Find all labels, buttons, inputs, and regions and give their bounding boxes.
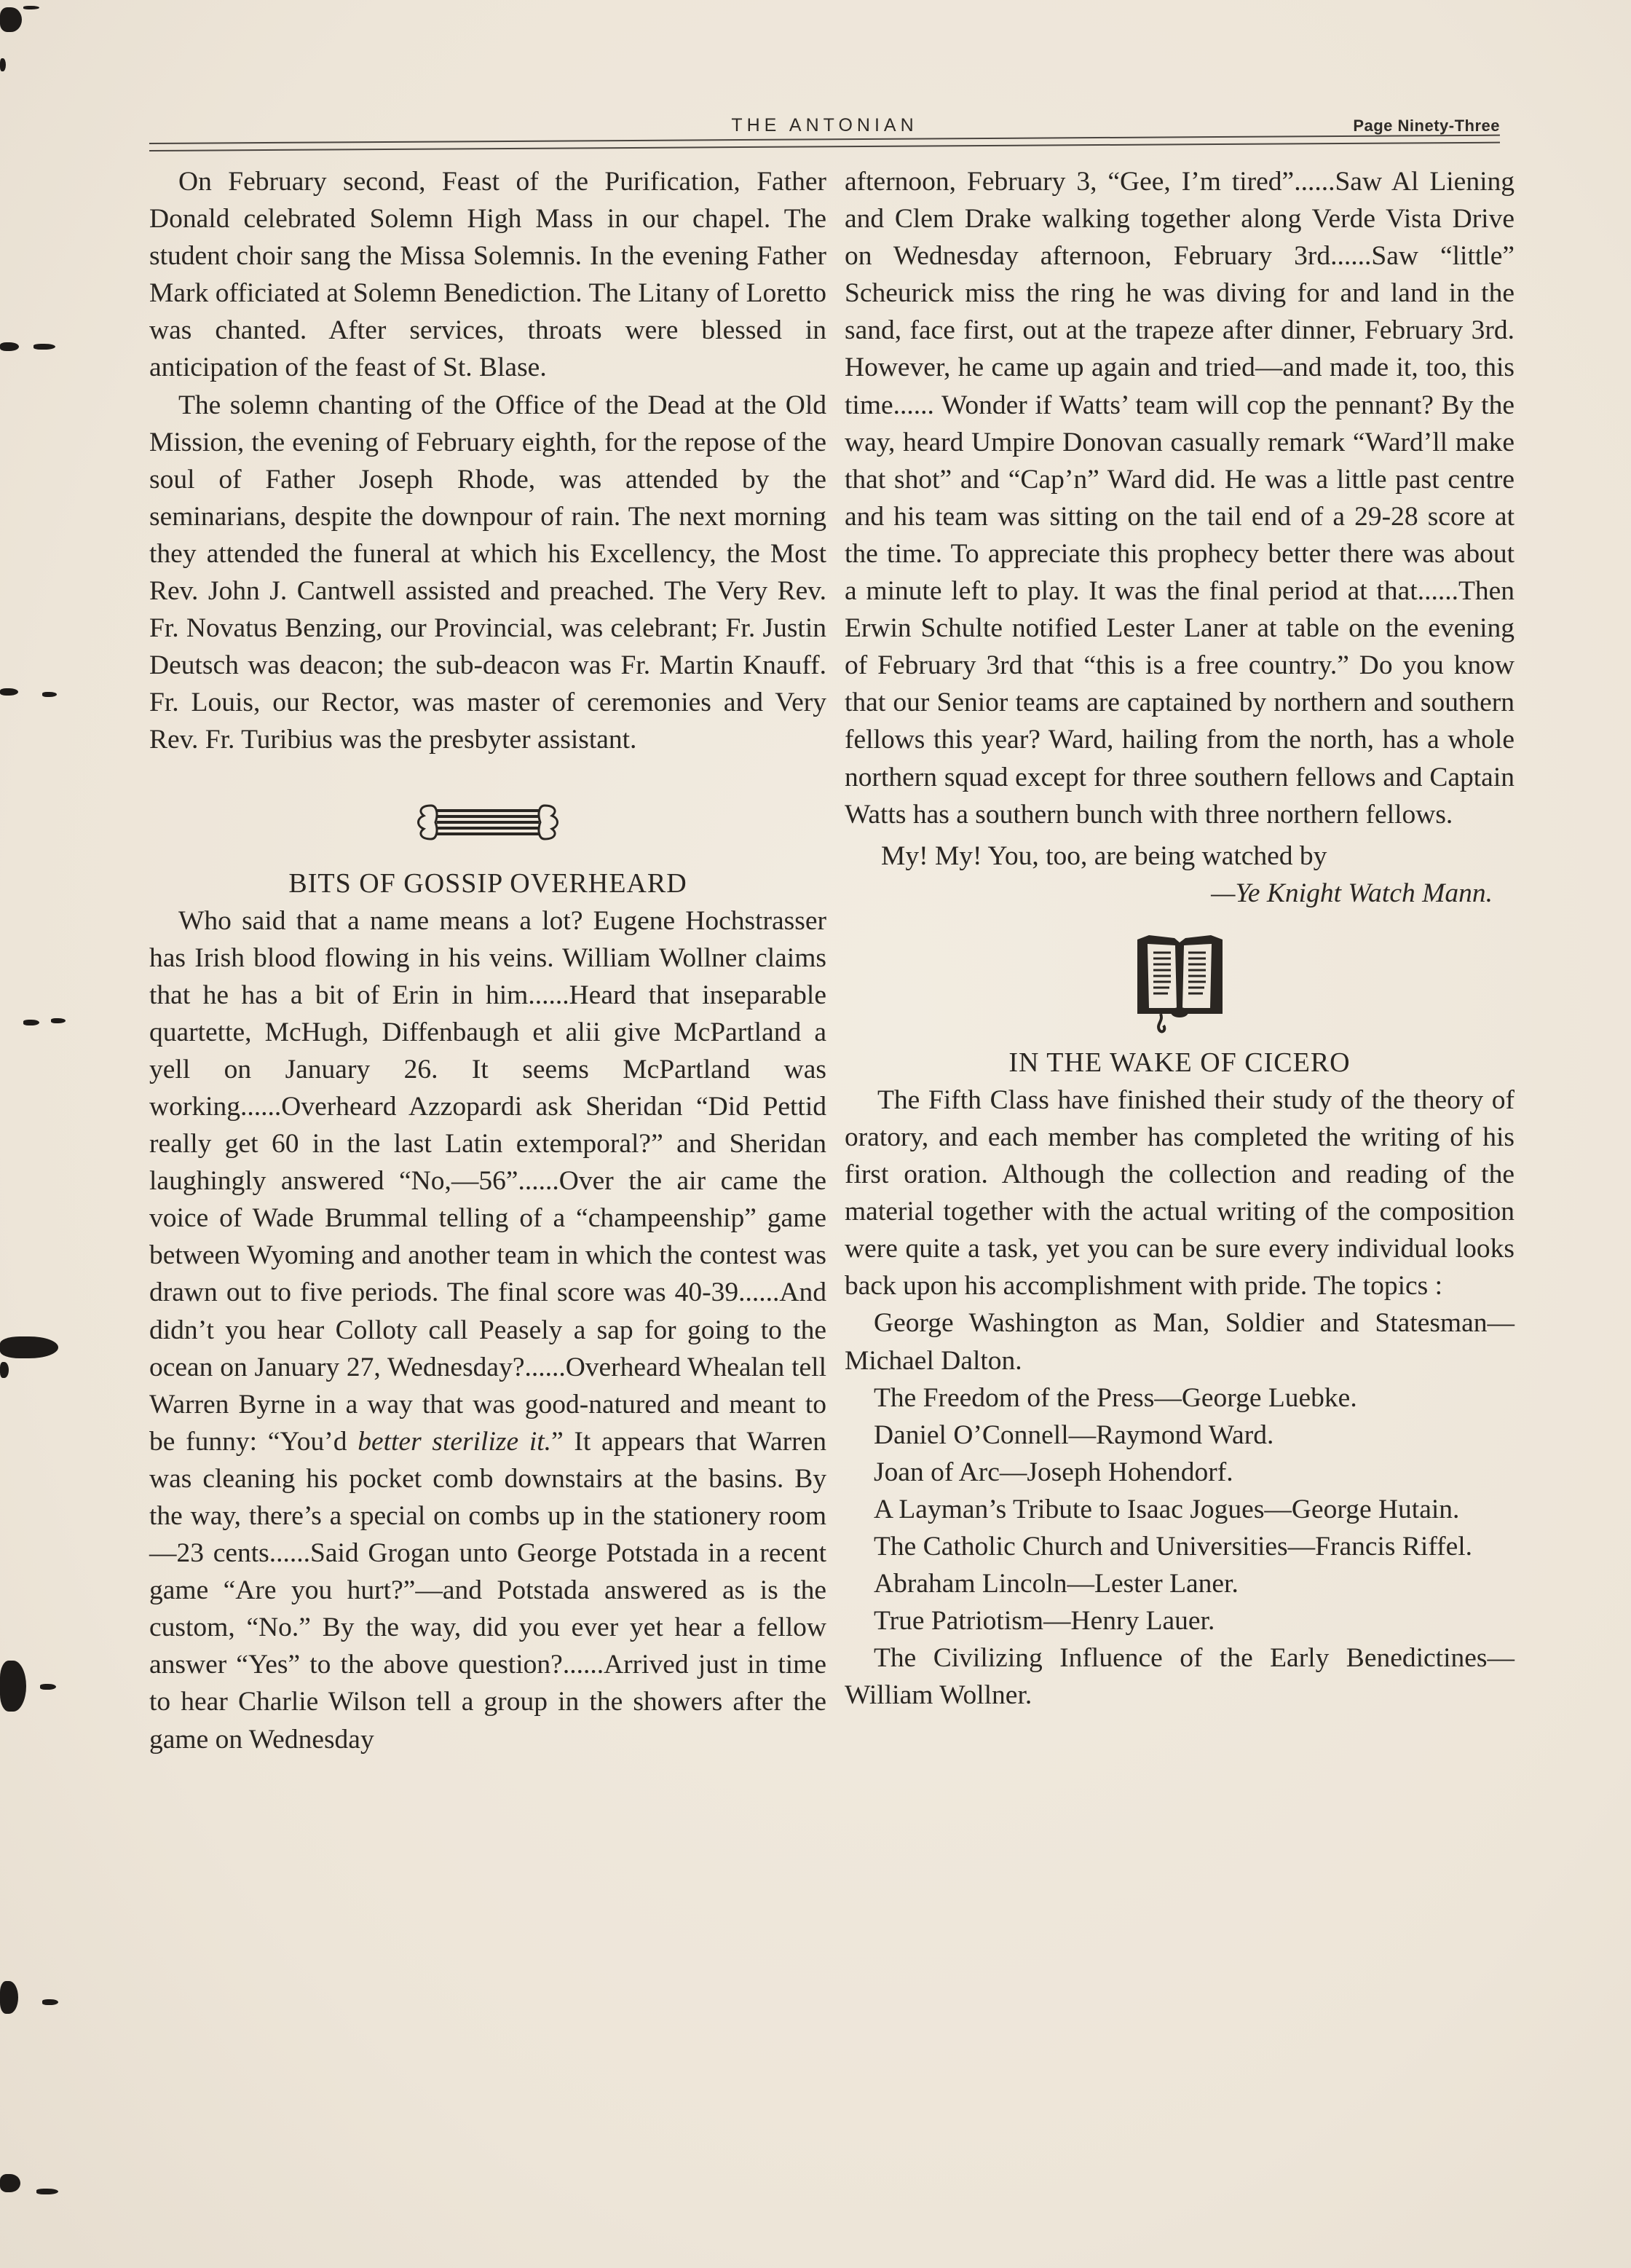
topic-item: True Patriotism—Henry Lauer. bbox=[845, 1602, 1514, 1639]
tear-mark bbox=[51, 1018, 66, 1023]
gossip-paragraph: Who said that a name means a lot? Eugene… bbox=[149, 902, 826, 1758]
tear-mark bbox=[42, 1999, 58, 2005]
tear-mark bbox=[40, 1684, 56, 1690]
gossip-italic-quote: better sterilize it. bbox=[358, 1427, 551, 1457]
publication-title: THE ANTONIAN bbox=[149, 115, 1500, 136]
tear-mark bbox=[36, 2189, 58, 2194]
cicero-heading: IN THE WAKE OF CICERO bbox=[845, 1044, 1514, 1082]
topic-item: Daniel O’Connell—Raymond Ward. bbox=[845, 1417, 1514, 1454]
magazine-page: THE ANTONIAN Page Ninety-Three On Februa… bbox=[0, 0, 1631, 2268]
topic-item: Joan of Arc—Joseph Hohendorf. bbox=[845, 1454, 1514, 1491]
right-column: afternoon, February 3, “Gee, I’m tired”.… bbox=[845, 163, 1514, 1714]
tear-mark bbox=[0, 1336, 58, 1358]
tear-mark bbox=[0, 1362, 9, 1378]
topic-item: The Civilizing Influence of the Early Be… bbox=[845, 1639, 1514, 1714]
topic-item: Abraham Lincoln—Lester Laner. bbox=[845, 1565, 1514, 1602]
purification-paragraph: On February second, Feast of the Purific… bbox=[149, 163, 826, 387]
tear-mark bbox=[23, 1020, 39, 1025]
office-of-dead-paragraph: The solemn chanting of the Office of the… bbox=[149, 387, 826, 759]
open-book-ornament-icon bbox=[845, 932, 1514, 1034]
tear-mark bbox=[42, 692, 57, 697]
tear-mark bbox=[23, 6, 39, 9]
gossip-text-part1: Who said that a name means a lot? Eugene… bbox=[149, 906, 826, 1457]
gossip-text-part2: ” It appears that Warren was cleaning hi… bbox=[149, 1427, 826, 1755]
tear-mark bbox=[0, 7, 22, 32]
closing-line: My! My! You, too, are being watched by bbox=[845, 838, 1514, 875]
tear-mark bbox=[0, 1661, 26, 1712]
tear-mark bbox=[0, 58, 6, 71]
page-number: Page Ninety-Three bbox=[1353, 117, 1500, 135]
cicero-intro-paragraph: The Fifth Class have finished their stud… bbox=[845, 1082, 1514, 1305]
gossip-heading: BITS OF GOSSIP OVERHEARD bbox=[149, 865, 826, 902]
signature: —Ye Knight Watch Mann. bbox=[845, 875, 1514, 912]
torn-binding-edge bbox=[0, 0, 87, 2268]
scroll-bar-ornament-icon bbox=[149, 801, 826, 843]
tear-mark bbox=[0, 1981, 18, 2014]
tear-mark bbox=[0, 342, 19, 351]
left-column: On February second, Feast of the Purific… bbox=[149, 163, 826, 1758]
tear-mark bbox=[0, 2174, 20, 2192]
tear-mark bbox=[33, 344, 55, 350]
topic-item: A Layman’s Tribute to Isaac Jogues—Georg… bbox=[845, 1491, 1514, 1528]
topic-item: The Freedom of the Press—George Luebke. bbox=[845, 1379, 1514, 1417]
gossip-continued-paragraph: afternoon, February 3, “Gee, I’m tired”.… bbox=[845, 163, 1514, 833]
topic-item: George Washington as Man, Soldier and St… bbox=[845, 1304, 1514, 1379]
topic-item: The Catholic Church and Universities—Fra… bbox=[845, 1528, 1514, 1565]
tear-mark bbox=[0, 688, 18, 696]
